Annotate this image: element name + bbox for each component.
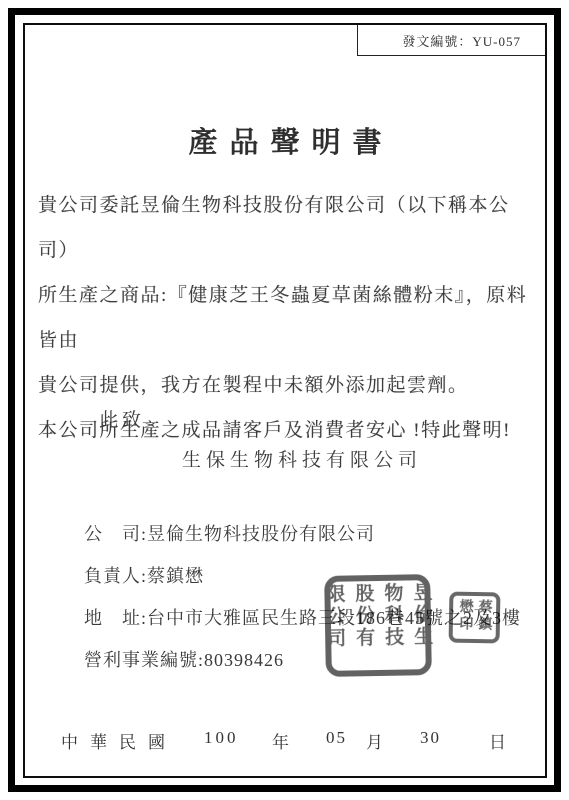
body-line-3: 貴公司提供，我方在製程中未額外添加起雲劑。	[38, 363, 539, 408]
company-value: 昱倫生物科技股份有限公司	[147, 524, 375, 544]
owner-label: 負責人:	[84, 566, 147, 586]
date-year: 100	[204, 728, 239, 748]
personal-seal-text: 蔡鎮懋印	[455, 598, 494, 637]
recipient-company: 生保生物科技有限公司	[182, 445, 422, 472]
doc-number-text: 發文編號：YU-057	[402, 31, 521, 50]
business-number-value: 80398426	[204, 650, 284, 670]
company-label: 公 司:	[84, 524, 147, 544]
salutation: 此致	[99, 405, 145, 432]
date-month: 05	[326, 728, 347, 748]
company-row: 公 司:昱倫生物科技股份有限公司	[84, 513, 545, 555]
business-number-row: 營利事業編號:80398426	[84, 639, 545, 681]
document-title: 產品聲明書	[25, 120, 545, 161]
owner-value: 蔡鎮懋	[147, 566, 204, 586]
address-label: 地 址:	[84, 608, 147, 628]
date-day-unit: 日	[489, 728, 506, 753]
doc-number-box: 發文編號：YU-057	[357, 25, 545, 56]
company-seal-stamp: 昱倫生物科技股份有限公司	[324, 574, 432, 677]
date-era: 中華民國	[61, 728, 177, 753]
owner-row: 負責人:蔡鎮懋	[84, 555, 545, 597]
personal-seal-stamp: 蔡鎮懋印	[449, 592, 501, 644]
body-line-1: 貴公司委託昱倫生物科技股份有限公司（以下稱本公司）	[38, 183, 539, 273]
business-number-label: 營利事業編號:	[84, 650, 204, 670]
date-day: 30	[420, 728, 441, 748]
body-line-2: 所生產之商品:『健康芝王冬蟲夏草菌絲體粉末』，原料皆由	[38, 273, 539, 363]
date-year-unit: 年	[272, 728, 289, 753]
date-month-unit: 月	[366, 728, 383, 753]
company-seal-text: 昱倫生物科技股份有限公司	[319, 581, 436, 669]
date-line: 中華民國 100 年 05 月 30 日	[25, 728, 545, 754]
document-page: 發文編號：YU-057 產品聲明書 貴公司委託昱倫生物科技股份有限公司（以下稱本…	[25, 25, 545, 776]
